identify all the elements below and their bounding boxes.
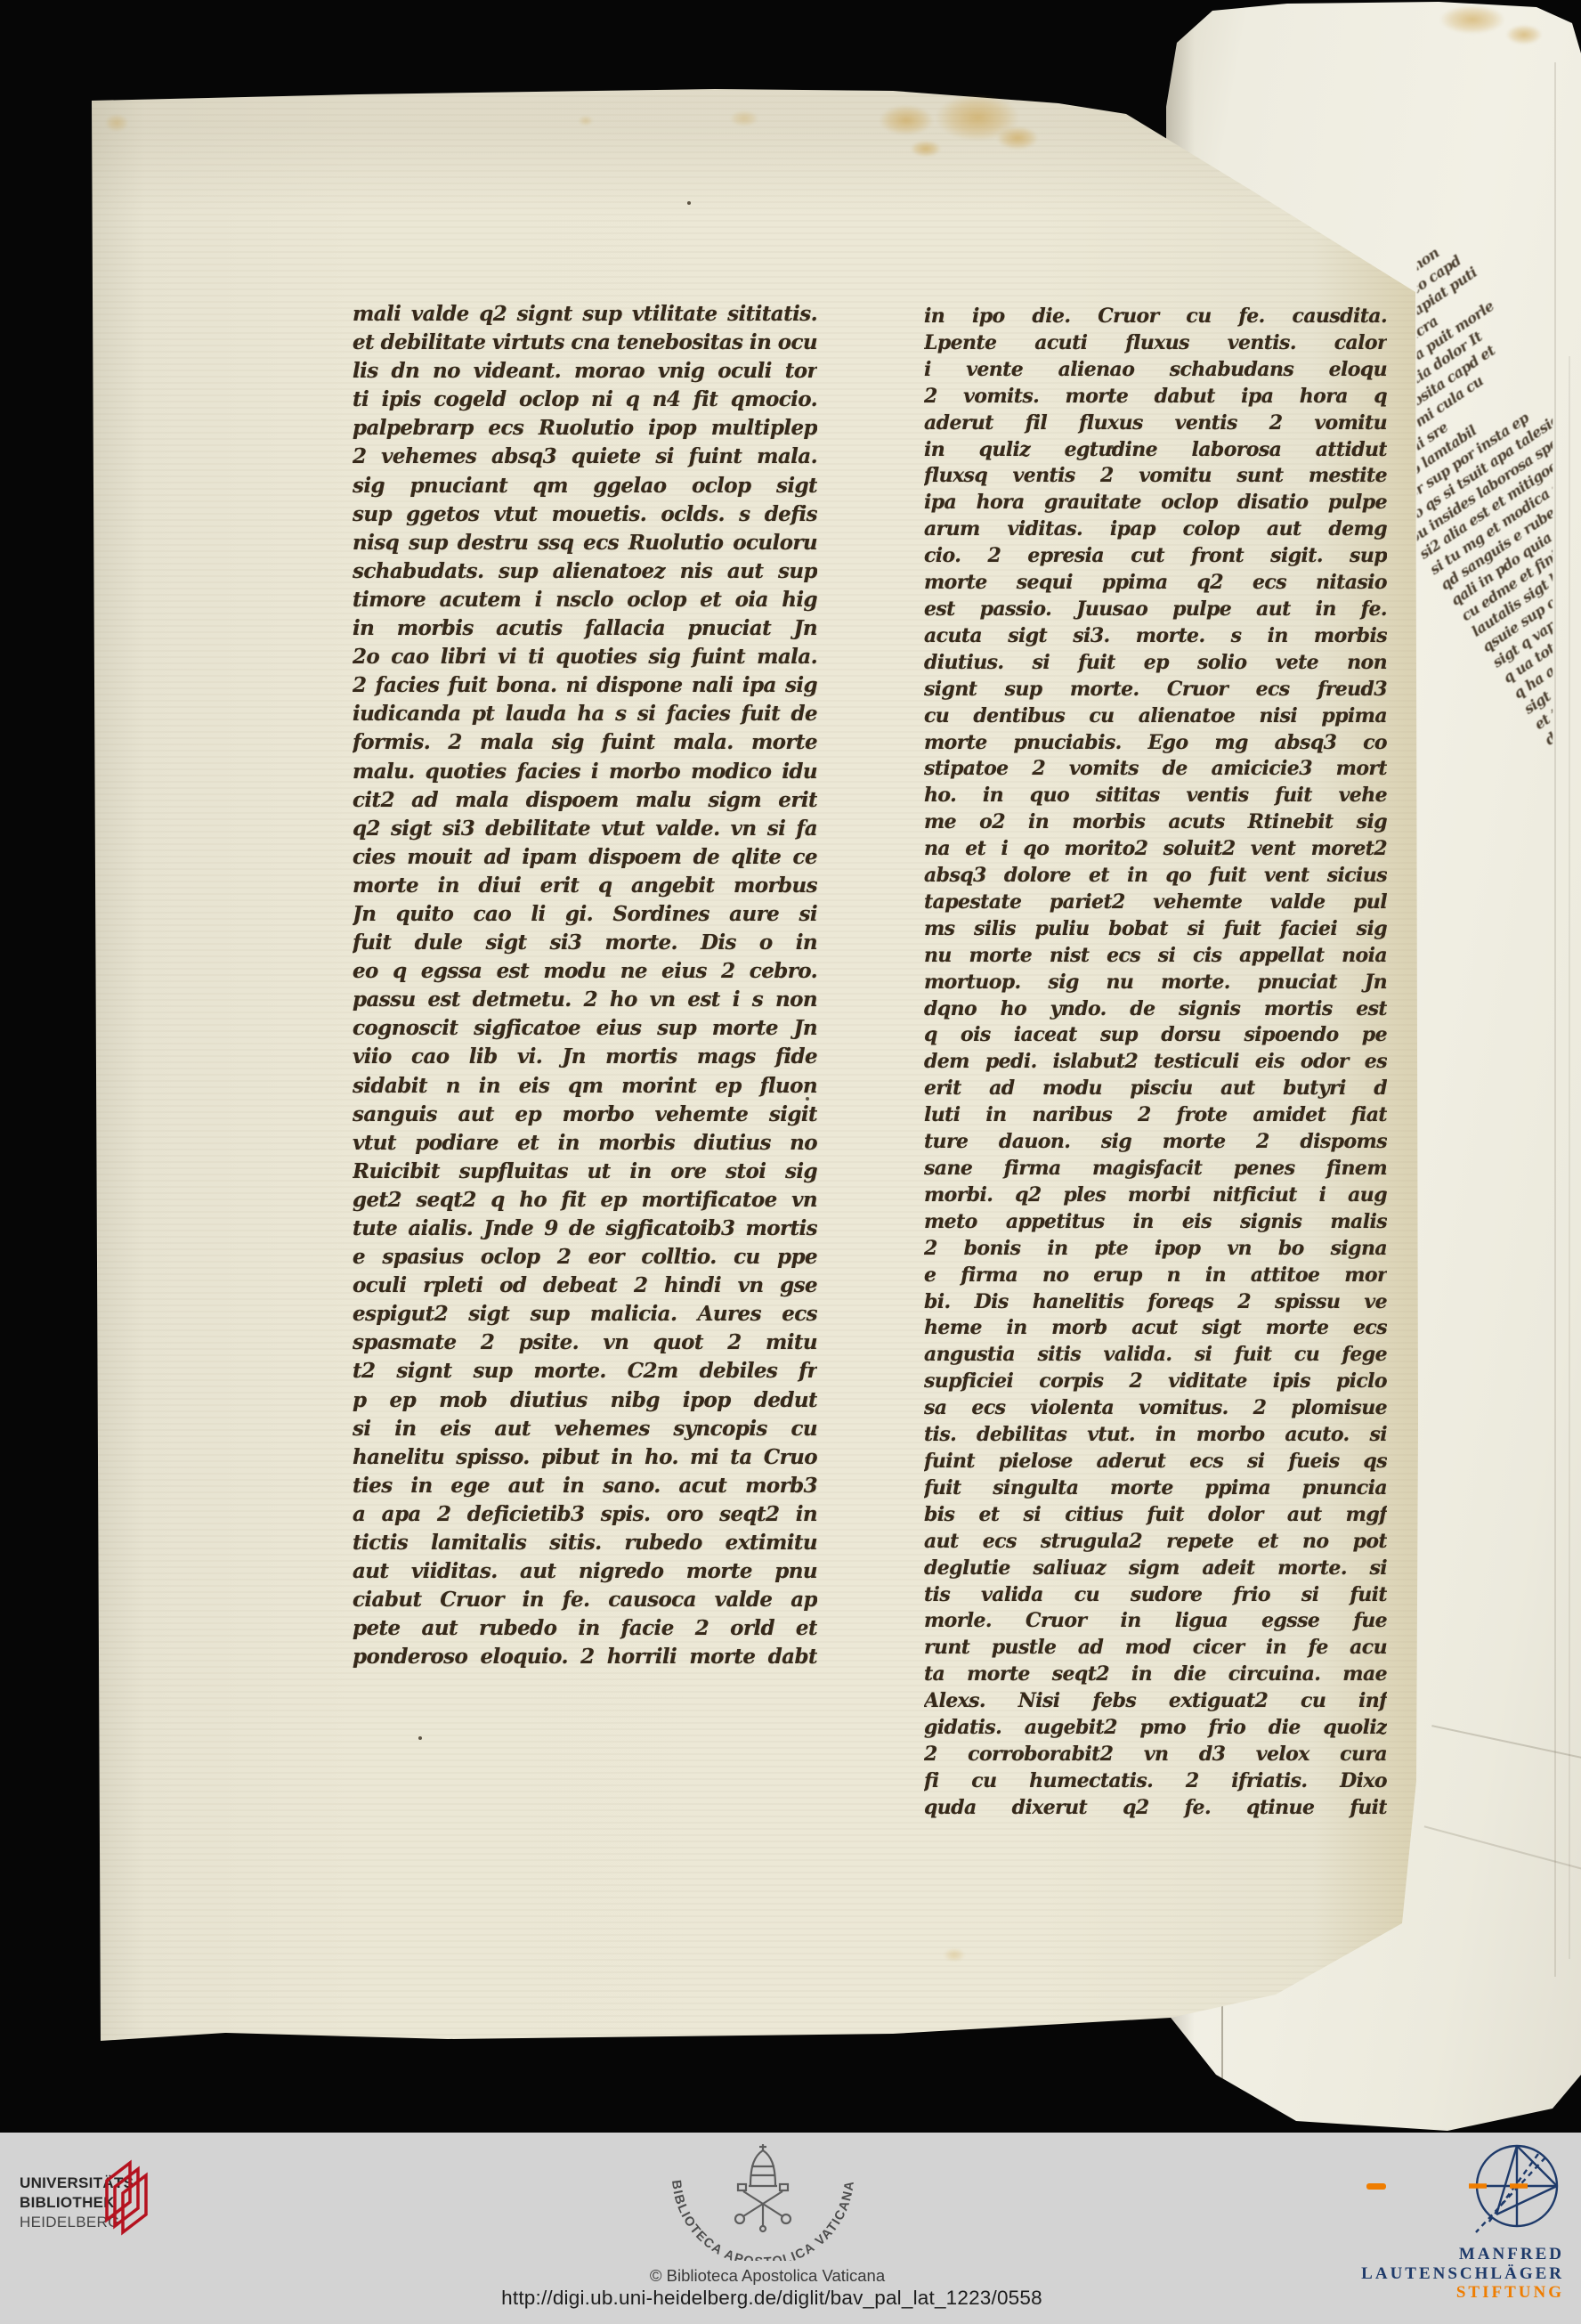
text-line: gidatis. augebit2 pmo frio die quoliz: [924, 1715, 1387, 1742]
text-line: passu est detmetu. 2 ho vn est i s non: [353, 986, 817, 1014]
text-line: morte in diui erit q angebit morbus: [353, 872, 817, 900]
text-line: ponderoso eloquio. 2 horrili morte dabt: [353, 1643, 817, 1671]
text-line: sanguis aut ep morbo vehemte sigit: [353, 1101, 817, 1129]
text-line: stipatoe 2 vomits de amicicie3 mort: [924, 756, 1387, 783]
text-line: ms silis puliu bobat si fuit faciei sig: [924, 916, 1387, 943]
text-line: tis valida cu sudore frio si fuit: [924, 1582, 1387, 1609]
text-line: Lpente acuti fluxus ventis. calor: [924, 330, 1387, 357]
text-line: si in eis aut vehemes syncopis cu: [353, 1415, 817, 1443]
text-line: q2 sigt si3 debilitate vtut valde. vn si…: [353, 815, 817, 843]
text-line: fuit dule sigt si3 morte. Dis o in: [353, 929, 817, 957]
left-text-column: mali valde q2 signt sup vtilitate sitita…: [353, 300, 817, 1672]
text-line: formis. 2 mala sig fuint mala. morte: [353, 728, 817, 757]
text-line: morte sequi ppima q2 ecs nitasio: [924, 570, 1387, 597]
globe-icon: [1467, 2140, 1567, 2244]
text-line: tapestate pariet2 vehemte valde pul: [924, 890, 1387, 916]
text-line: timore acutem i nsclo oclop et oia hig: [353, 586, 817, 614]
text-line: aderut fil fluxus ventis 2 vomitu: [924, 410, 1387, 437]
text-line: fi cu humectatis. 2 ifriatis. Dixo: [924, 1768, 1387, 1795]
text-line: 2 vehemes absq3 quiete si fuint mala.: [353, 443, 817, 471]
text-line: 2 vomits. morte dabut ipa hora q: [924, 384, 1387, 410]
text-line: p ep mob diutius nibg ipop dedut: [353, 1386, 817, 1415]
manuscript-scan-viewer: sua q pot velometefit sup ternda ep vehe…: [0, 0, 1581, 2324]
text-line: dqno ho yndo. de signis mortis est: [924, 996, 1387, 1023]
text-line: oculi rpleti od debeat 2 hindi vn gse: [353, 1272, 817, 1300]
page-edge-divider: [1431, 1725, 1581, 1767]
text-line: vtut podiare et in morbis diutius no: [353, 1129, 817, 1158]
text-line: ho. in quo sititas ventis fuit vehe: [924, 783, 1387, 809]
text-line: ciabut Cruor in fe. causoca valde ap: [353, 1586, 817, 1614]
text-line: morle. Cruor in ligua egsse fue: [924, 1608, 1387, 1635]
right-text-column: in ipo die. Cruor cu fe. causdita.Lpente…: [924, 304, 1387, 1822]
text-line: aut viiditas. aut nigredo morte pnu: [353, 1557, 817, 1586]
text-line: morbi. q2 ples morbi nitficiut i aug: [924, 1182, 1387, 1209]
text-line: cio. 2 epresia cut front sigit. sup: [924, 543, 1387, 570]
text-line: schabudats. sup alienatoez nis aut sup: [353, 557, 817, 586]
text-line: erit ad modu pisciu aut butyri d: [924, 1076, 1387, 1102]
text-line: Ruicibit supfluitas ut in ore stoi sig: [353, 1158, 817, 1186]
text-line: ipa hora grauitate oclop disatio pulpe: [924, 490, 1387, 516]
text-line: tictis lamitalis sitis. rubedo extimitu: [353, 1529, 817, 1557]
text-line: e firma no erup n in attitoe mor: [924, 1263, 1387, 1289]
text-line: ta morte seqt2 in die circuina. mae: [924, 1662, 1387, 1688]
ml-orange-dash: [1366, 2183, 1386, 2190]
text-line: nu morte nist ecs si cis appellat noia: [924, 943, 1387, 970]
text-line: eo q egssa est modu ne eius 2 cebro.: [353, 957, 817, 986]
text-line: lis dn no videant. morao vnig oculi tor: [353, 357, 817, 386]
ink-speck: [806, 1097, 809, 1101]
ml-stiftung-logo: MANFRED LAUTENSCHLÄGER STIFTUNG: [1361, 2245, 1564, 2303]
text-line: mortuop. sig nu morte. pnuciat Jn: [924, 970, 1387, 996]
text-line: malu. quoties facies i morbo modico idu: [353, 758, 817, 786]
text-line: ti ipis cogeld oclop ni q n4 fit qmocio.: [353, 386, 817, 414]
copyright-text: © Biblioteca Apostolica Vaticana: [650, 2266, 885, 2286]
text-line: viio cao lib vi. Jn mortis mags fide: [353, 1043, 817, 1071]
text-line: a apa 2 deficietib3 spis. oro seqt2 in: [353, 1500, 817, 1529]
text-line: e spasius oclop 2 eor colltio. cu ppe: [353, 1243, 817, 1272]
page-edge-divider: [1424, 1825, 1581, 1880]
text-line: 2o cao libri vi ti quoties sig fuint mal…: [353, 643, 817, 671]
text-line: fluxsq ventis 2 vomitu sunt mestite: [924, 463, 1387, 490]
text-line: arum viditas. ipap colop aut demg: [924, 516, 1387, 543]
text-line: na et i qo morito2 soluit2 vent moret2: [924, 836, 1387, 863]
text-line: sane firma magisfacit penes finem: [924, 1156, 1387, 1182]
text-line: bis et si citius fuit dolor aut mgf: [924, 1502, 1387, 1529]
ink-speck: [418, 1736, 422, 1740]
text-line: aut ecs strugula2 repete et no pot: [924, 1529, 1387, 1556]
page-edge-divider: [1554, 62, 1556, 1977]
text-line: iudicanda pt lauda ha s si facies fuit d…: [353, 700, 817, 728]
text-line: bi. Dis hanelitis foreqs 2 spissu ve: [924, 1289, 1387, 1316]
text-line: deglutie saliuaz sigm adeit morte. si: [924, 1556, 1387, 1582]
text-line: hanelitu spisso. pibut in ho. mi ta Cruo: [353, 1443, 817, 1472]
text-line: est passio. Juusao pulpe aut in fe.: [924, 597, 1387, 623]
text-line: ture dauon. sig morte 2 dispoms: [924, 1129, 1387, 1156]
text-line: fuint pielose aderut ecs si fueis qs: [924, 1449, 1387, 1475]
text-line: heme in morb acut sigt morte ecs: [924, 1315, 1387, 1342]
text-line: get2 seqt2 q ho fit ep mortificatoe vn: [353, 1186, 817, 1215]
page-edge-divider: [1569, 356, 1570, 1959]
text-line: spasmate 2 psite. vn quot 2 mitu: [353, 1329, 817, 1357]
text-line: Alexs. Nisi febs extiguat2 cu inf: [924, 1688, 1387, 1715]
ml-logo-line3: STIFTUNG: [1361, 2283, 1564, 2303]
text-line: ties in ege aut in sano. acut morb3: [353, 1472, 817, 1500]
text-line: morte pnuciabis. Ego mg absq3 co: [924, 730, 1387, 757]
papal-tiara-keys-icon: [735, 2144, 790, 2231]
text-line: meto appetitus in eis signis malis: [924, 1209, 1387, 1236]
text-line: cies mouit ad ipam dispoem de qlite ce: [353, 843, 817, 872]
text-line: cu dentibus cu alienatoe nisi ppima: [924, 703, 1387, 730]
text-line: 2 facies fuit bona. ni dispone nali ipa …: [353, 671, 817, 700]
text-line: cognoscit sigficatoe eius sup morte Jn: [353, 1014, 817, 1043]
text-line: nisq sup destru ssq ecs Ruolutio oculoru: [353, 529, 817, 557]
text-line: mali valde q2 signt sup vtilitate sitita…: [353, 300, 817, 329]
ink-speck: [1110, 445, 1114, 449]
text-line: tute aialis. Jnde 9 de sigficatoib3 mort…: [353, 1215, 817, 1243]
text-line: sig pnuciant qm ggelao oclop sigt: [353, 472, 817, 500]
text-line: sidabit n in eis qm morint ep fluon: [353, 1072, 817, 1101]
text-line: acuta sigt si3. morte. s in morbis: [924, 623, 1387, 650]
text-line: palpebrarp ecs Ruolutio ipop multiplep: [353, 414, 817, 443]
text-line: me o2 in morbis acuts Rtinebit sig: [924, 809, 1387, 836]
text-line: Jn quito cao li gi. Sordines aure si: [353, 900, 817, 929]
text-line: runt pustle ad mod cicer in fe acu: [924, 1635, 1387, 1662]
text-line: angustia sitis valida. si fuit cu fege: [924, 1342, 1387, 1369]
text-line: tis. debilitas vtut. in morbo acuto. si: [924, 1422, 1387, 1449]
text-line: quda dixerut q2 fe. qtinue fuit: [924, 1795, 1387, 1822]
text-line: sa ecs violenta vomitus. 2 plomisue: [924, 1395, 1387, 1422]
text-line: supficiei corpis 2 viditate ipis piclo: [924, 1369, 1387, 1395]
ub-book-icon: [100, 2156, 164, 2242]
text-line: et debilitate virtuts cna tenebositas in…: [353, 329, 817, 357]
text-line: diutius. si fuit ep solio vete non: [924, 650, 1387, 677]
text-line: in morbis acutis fallacia pnuciat Jn: [353, 614, 817, 643]
text-line: pete aut rubedo in facie 2 orld et: [353, 1614, 817, 1643]
source-url: http://digi.ub.uni-heidelberg.de/diglit/…: [501, 2287, 1042, 2310]
ink-speck: [687, 201, 691, 205]
text-line: cit2 ad mala dispoem malu sigm erit: [353, 786, 817, 815]
vatican-seal: BIBLIOTECA APOSTOLICA VATICANA: [656, 2140, 870, 2265]
text-line: 2 corroborabit2 vn d3 velox cura: [924, 1742, 1387, 1768]
text-line: espigut2 sigt sup malicia. Aures ecs: [353, 1300, 817, 1329]
text-line: dem pedi. islabut2 testiculi eis odor es: [924, 1049, 1387, 1076]
text-line: in ipo die. Cruor cu fe. causdita.: [924, 304, 1387, 330]
text-line: in quliz egtudine laborosa attidut: [924, 437, 1387, 464]
ml-logo-line1: MANFRED: [1361, 2245, 1564, 2264]
page-edge-text-lines: sua q pot velometefit sup ternda ep vehe…: [1417, 233, 1553, 1698]
text-line: t2 signt sup morte. C2m debiles fr: [353, 1357, 817, 1385]
footer: UNIVERSITÄTS- BIBLIOTHEK HEIDELBERG: [0, 2133, 1581, 2324]
ml-logo-line2: LAUTENSCHLÄGER: [1361, 2264, 1564, 2284]
text-line: q ois iaceat sup dorsu sipoendo pe: [924, 1022, 1387, 1049]
text-line: fuit singulta morte ppima pnuncia: [924, 1475, 1387, 1502]
text-line: sup ggetos vtut mouetis. oclds. s defis: [353, 500, 817, 529]
text-line: luti in naribus 2 frote amidet fiat: [924, 1102, 1387, 1129]
text-line: signt sup morte. Cruor ecs freud3: [924, 677, 1387, 703]
text-line: 2 bonis in pte ipop vn bo signa: [924, 1236, 1387, 1263]
page-edge-text: sua q pot velometefit sup ternda ep vehe…: [1417, 233, 1553, 1698]
text-line: i vente alienao schabudans eloqu: [924, 357, 1387, 384]
text-line: absq3 dolore et in qo fuit vent sicius: [924, 863, 1387, 890]
